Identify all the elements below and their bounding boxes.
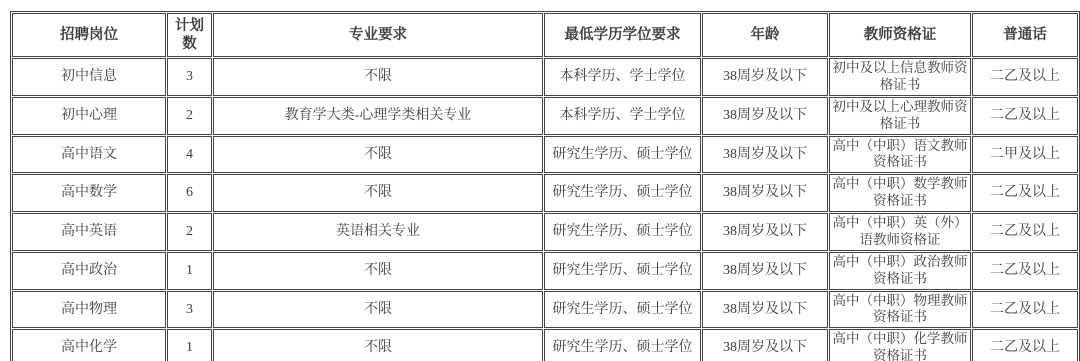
- cell-major: 不限: [213, 174, 543, 212]
- cell-mandarin: 二乙及以上: [972, 58, 1078, 96]
- column-header-major: 专业要求: [213, 13, 543, 57]
- cell-major: 不限: [213, 58, 543, 96]
- recruitment-table-container: 招聘岗位 计划数 专业要求 最低学历学位要求 年龄 教师资格证 普通话 初中信息…: [0, 0, 1080, 361]
- cell-mandarin: 二甲及以上: [972, 136, 1078, 174]
- cell-age: 38周岁及以下: [702, 329, 828, 361]
- cell-position: 高中政治: [12, 252, 166, 290]
- cell-major: 教育学大类-心理学类相关专业: [213, 97, 543, 135]
- cell-mandarin: 二乙及以上: [972, 252, 1078, 290]
- cell-age: 38周岁及以下: [702, 213, 828, 251]
- cell-age: 38周岁及以下: [702, 252, 828, 290]
- cell-position: 初中心理: [12, 97, 166, 135]
- cell-position: 高中英语: [12, 213, 166, 251]
- cell-age: 38周岁及以下: [702, 97, 828, 135]
- recruitment-table: 招聘岗位 计划数 专业要求 最低学历学位要求 年龄 教师资格证 普通话 初中信息…: [10, 11, 1080, 361]
- cell-certificate: 高中（中职）政治教师资格证书: [829, 252, 971, 290]
- cell-position: 高中化学: [12, 329, 166, 361]
- cell-certificate: 高中（中职）英（外）语教师资格证: [829, 213, 971, 251]
- cell-plan-count: 4: [167, 136, 212, 174]
- cell-education: 研究生学历、硕士学位: [544, 174, 701, 212]
- cell-major: 英语相关专业: [213, 213, 543, 251]
- cell-position: 高中数学: [12, 174, 166, 212]
- cell-major: 不限: [213, 252, 543, 290]
- cell-education: 本科学历、学士学位: [544, 58, 701, 96]
- column-header-plan-count: 计划数: [167, 13, 212, 57]
- column-header-position: 招聘岗位: [12, 13, 166, 57]
- column-header-certificate: 教师资格证: [829, 13, 971, 57]
- cell-plan-count: 3: [167, 291, 212, 329]
- cell-mandarin: 二乙及以上: [972, 213, 1078, 251]
- cell-age: 38周岁及以下: [702, 174, 828, 212]
- table-row: 初中信息 3 不限 本科学历、学士学位 38周岁及以下 初中及以上信息教师资格证…: [12, 58, 1078, 96]
- cell-certificate: 初中及以上信息教师资格证书: [829, 58, 971, 96]
- cell-plan-count: 6: [167, 174, 212, 212]
- cell-certificate: 初中及以上心理教师资格证书: [829, 97, 971, 135]
- cell-major: 不限: [213, 329, 543, 361]
- table-row: 初中心理 2 教育学大类-心理学类相关专业 本科学历、学士学位 38周岁及以下 …: [12, 97, 1078, 135]
- table-row: 高中数学 6 不限 研究生学历、硕士学位 38周岁及以下 高中（中职）数学教师资…: [12, 174, 1078, 212]
- cell-education: 研究生学历、硕士学位: [544, 213, 701, 251]
- table-row: 高中语文 4 不限 研究生学历、硕士学位 38周岁及以下 高中（中职）语文教师资…: [12, 136, 1078, 174]
- cell-age: 38周岁及以下: [702, 291, 828, 329]
- cell-education: 研究生学历、硕士学位: [544, 329, 701, 361]
- cell-plan-count: 2: [167, 97, 212, 135]
- cell-mandarin: 二乙及以上: [972, 291, 1078, 329]
- cell-certificate: 高中（中职）化学教师资格证书: [829, 329, 971, 361]
- cell-position: 高中语文: [12, 136, 166, 174]
- cell-mandarin: 二乙及以上: [972, 329, 1078, 361]
- table-row: 高中化学 1 不限 研究生学历、硕士学位 38周岁及以下 高中（中职）化学教师资…: [12, 329, 1078, 361]
- table-header-row: 招聘岗位 计划数 专业要求 最低学历学位要求 年龄 教师资格证 普通话: [12, 13, 1078, 57]
- table-row: 高中英语 2 英语相关专业 研究生学历、硕士学位 38周岁及以下 高中（中职）英…: [12, 213, 1078, 251]
- cell-mandarin: 二乙及以上: [972, 97, 1078, 135]
- cell-plan-count: 3: [167, 58, 212, 96]
- cell-major: 不限: [213, 291, 543, 329]
- table-row: 高中物理 3 不限 研究生学历、硕士学位 38周岁及以下 高中（中职）物理教师资…: [12, 291, 1078, 329]
- cell-education: 研究生学历、硕士学位: [544, 252, 701, 290]
- cell-age: 38周岁及以下: [702, 58, 828, 96]
- cell-plan-count: 2: [167, 213, 212, 251]
- cell-age: 38周岁及以下: [702, 136, 828, 174]
- cell-certificate: 高中（中职）物理教师资格证书: [829, 291, 971, 329]
- cell-education: 本科学历、学士学位: [544, 97, 701, 135]
- column-header-age: 年龄: [702, 13, 828, 57]
- column-header-education: 最低学历学位要求: [544, 13, 701, 57]
- cell-position: 高中物理: [12, 291, 166, 329]
- cell-certificate: 高中（中职）数学教师资格证书: [829, 174, 971, 212]
- cell-plan-count: 1: [167, 329, 212, 361]
- cell-position: 初中信息: [12, 58, 166, 96]
- cell-plan-count: 1: [167, 252, 212, 290]
- cell-major: 不限: [213, 136, 543, 174]
- cell-certificate: 高中（中职）语文教师资格证书: [829, 136, 971, 174]
- column-header-mandarin: 普通话: [972, 13, 1078, 57]
- table-row: 高中政治 1 不限 研究生学历、硕士学位 38周岁及以下 高中（中职）政治教师资…: [12, 252, 1078, 290]
- cell-education: 研究生学历、硕士学位: [544, 291, 701, 329]
- cell-mandarin: 二乙及以上: [972, 174, 1078, 212]
- cell-education: 研究生学历、硕士学位: [544, 136, 701, 174]
